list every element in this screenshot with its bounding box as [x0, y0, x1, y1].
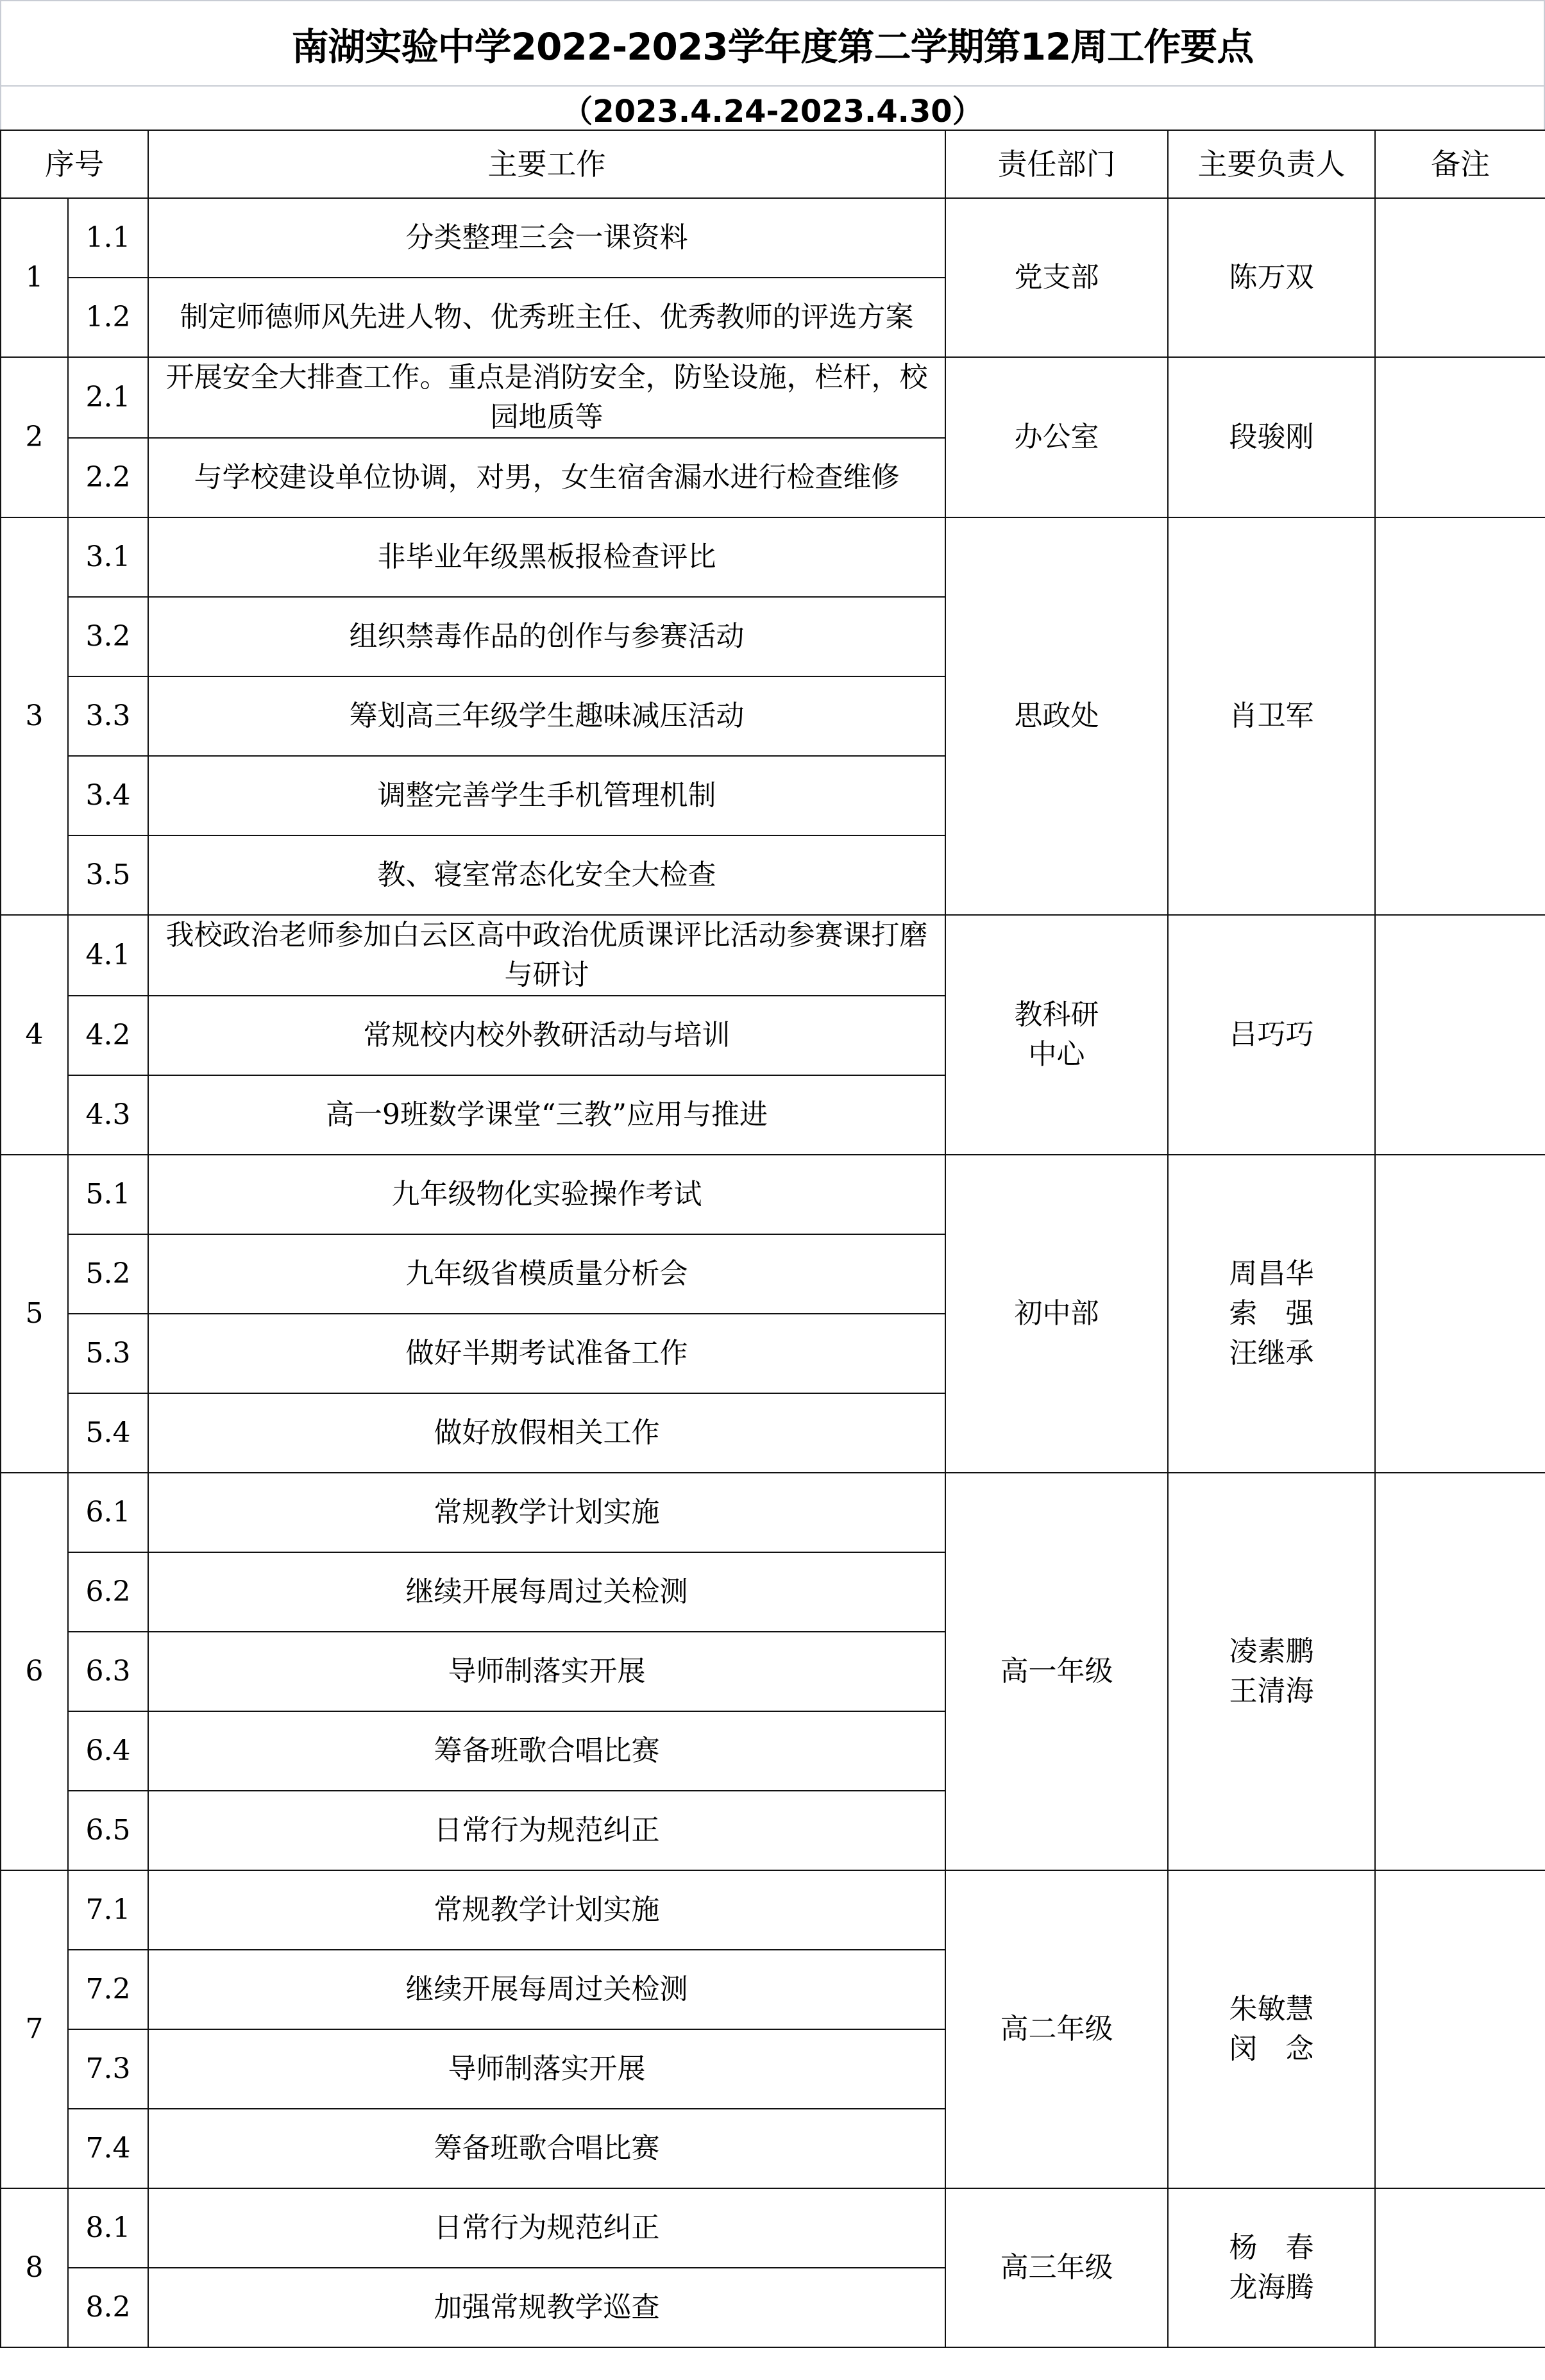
task-description: 常规教学计划实施 [148, 1870, 945, 1950]
responsible-department: 思政处 [945, 517, 1168, 915]
task-description: 高一9班数学课堂“三教”应用与推进 [148, 1075, 945, 1155]
task-description: 日常行为规范纠正 [148, 1791, 945, 1870]
item-number: 7.2 [68, 1950, 148, 2029]
table-row: 77.1常规教学计划实施高二年级朱敏慧闵 念 [1, 1870, 1545, 1950]
item-number: 7.1 [68, 1870, 148, 1950]
task-description: 筹备班歌合唱比赛 [148, 2109, 945, 2188]
task-description: 教、寝室常态化安全大检查 [148, 835, 945, 915]
table-row: 44.1我校政治老师参加白云区高中政治优质课评比活动参赛课打磨与研讨教科研中心吕… [1, 915, 1545, 996]
responsible-department: 高三年级 [945, 2188, 1168, 2347]
table-body: 11.1分类整理三会一课资料党支部陈万双1.2制定师德师风先进人物、优秀班主任、… [1, 198, 1545, 2347]
person-name: 吕巧巧 [1178, 1015, 1365, 1055]
responsible-department: 高一年级 [945, 1473, 1168, 1870]
item-number: 6.2 [68, 1552, 148, 1632]
responsible-persons: 朱敏慧闵 念 [1168, 1870, 1375, 2188]
task-description: 制定师德师风先进人物、优秀班主任、优秀教师的评选方案 [148, 278, 945, 357]
remarks-cell [1375, 198, 1545, 357]
person-name: 朱敏慧 [1178, 1990, 1365, 2029]
item-number: 3.2 [68, 597, 148, 676]
item-number: 5.2 [68, 1234, 148, 1314]
item-number: 1.1 [68, 198, 148, 278]
item-number: 5.1 [68, 1155, 148, 1234]
group-number: 6 [1, 1473, 68, 1870]
group-number: 8 [1, 2188, 68, 2347]
header-owner: 主要负责人 [1168, 130, 1375, 198]
responsible-persons: 吕巧巧 [1168, 915, 1375, 1155]
responsible-department: 初中部 [945, 1155, 1168, 1473]
table-row: 55.1九年级物化实验操作考试初中部周昌华索 强汪继承 [1, 1155, 1545, 1234]
header-remarks: 备注 [1375, 130, 1545, 198]
item-number: 6.5 [68, 1791, 148, 1870]
item-number: 6.3 [68, 1632, 148, 1711]
item-number: 2.2 [68, 438, 148, 517]
task-description: 分类整理三会一课资料 [148, 198, 945, 278]
task-description: 筹备班歌合唱比赛 [148, 1711, 945, 1791]
task-description: 九年级省模质量分析会 [148, 1234, 945, 1314]
group-number: 4 [1, 915, 68, 1155]
item-number: 7.3 [68, 2029, 148, 2109]
task-description: 导师制落实开展 [148, 1632, 945, 1711]
responsible-department: 办公室 [945, 357, 1168, 517]
task-description: 九年级物化实验操作考试 [148, 1155, 945, 1234]
task-description: 常规校内校外教研活动与培训 [148, 996, 945, 1075]
table-row: 66.1常规教学计划实施高一年级凌素鹏王清海 [1, 1473, 1545, 1552]
item-number: 5.4 [68, 1393, 148, 1473]
responsible-department: 党支部 [945, 198, 1168, 357]
item-number: 8.1 [68, 2188, 148, 2268]
person-name: 凌素鹏 [1178, 1632, 1365, 1672]
group-number: 5 [1, 1155, 68, 1473]
item-number: 8.2 [68, 2268, 148, 2347]
item-number: 4.3 [68, 1075, 148, 1155]
task-description: 日常行为规范纠正 [148, 2188, 945, 2268]
table-row: 22.1开展安全大排查工作。重点是消防安全，防坠设施，栏杆，校园地质等办公室段骏… [1, 357, 1545, 438]
work-plan-table: 序号 主要工作 责任部门 主要负责人 备注 11.1分类整理三会一课资料党支部陈… [0, 130, 1545, 2348]
task-description: 我校政治老师参加白云区高中政治优质课评比活动参赛课打磨与研讨 [148, 915, 945, 996]
responsible-persons: 段骏刚 [1168, 357, 1375, 517]
item-number: 1.2 [68, 278, 148, 357]
task-description: 非毕业年级黑板报检查评比 [148, 517, 945, 597]
item-number: 4.2 [68, 996, 148, 1075]
person-name: 汪继承 [1178, 1334, 1365, 1373]
document-title: 南湖实验中学2022-2023学年度第二学期第12周工作要点 [0, 1, 1545, 87]
person-name: 龙海腾 [1178, 2268, 1365, 2308]
task-description: 做好半期考试准备工作 [148, 1314, 945, 1393]
task-description: 导师制落实开展 [148, 2029, 945, 2109]
responsible-persons: 凌素鹏王清海 [1168, 1473, 1375, 1870]
table-row: 88.1日常行为规范纠正高三年级杨 春龙海腾 [1, 2188, 1545, 2268]
item-number: 6.1 [68, 1473, 148, 1552]
person-name: 闵 念 [1178, 2029, 1365, 2069]
header-work: 主要工作 [148, 130, 945, 198]
remarks-cell [1375, 517, 1545, 915]
table-header-row: 序号 主要工作 责任部门 主要负责人 备注 [1, 130, 1545, 198]
person-name: 索 强 [1178, 1294, 1365, 1334]
responsible-persons: 杨 春龙海腾 [1168, 2188, 1375, 2347]
item-number: 3.3 [68, 676, 148, 756]
header-seq: 序号 [1, 130, 148, 198]
responsible-persons: 陈万双 [1168, 198, 1375, 357]
item-number: 3.1 [68, 517, 148, 597]
table-row: 33.1非毕业年级黑板报检查评比思政处肖卫军 [1, 517, 1545, 597]
person-name: 王清海 [1178, 1672, 1365, 1711]
item-number: 7.4 [68, 2109, 148, 2188]
remarks-cell [1375, 915, 1545, 1155]
table-row: 11.1分类整理三会一课资料党支部陈万双 [1, 198, 1545, 278]
person-name: 周昌华 [1178, 1254, 1365, 1294]
group-number: 2 [1, 357, 68, 517]
task-description: 继续开展每周过关检测 [148, 1950, 945, 2029]
responsible-persons: 周昌华索 强汪继承 [1168, 1155, 1375, 1473]
item-number: 2.1 [68, 357, 148, 438]
remarks-cell [1375, 1473, 1545, 1870]
task-description: 做好放假相关工作 [148, 1393, 945, 1473]
remarks-cell [1375, 1155, 1545, 1473]
task-description: 筹划高三年级学生趣味减压活动 [148, 676, 945, 756]
remarks-cell [1375, 357, 1545, 517]
item-number: 3.4 [68, 756, 148, 835]
task-description: 调整完善学生手机管理机制 [148, 756, 945, 835]
responsible-department: 教科研中心 [945, 915, 1168, 1155]
task-description: 与学校建设单位协调，对男，女生宿舍漏水进行检查维修 [148, 438, 945, 517]
department-line: 教科研 [955, 995, 1158, 1035]
header-department: 责任部门 [945, 130, 1168, 198]
person-name: 陈万双 [1178, 258, 1365, 297]
document-header: 南湖实验中学2022-2023学年度第二学期第12周工作要点 （2023.4.2… [0, 0, 1545, 130]
responsible-department: 高二年级 [945, 1870, 1168, 2188]
department-line: 中心 [955, 1035, 1158, 1075]
person-name: 杨 春 [1178, 2228, 1365, 2268]
date-range: （2023.4.24-2023.4.30） [0, 87, 1545, 131]
task-description: 加强常规教学巡查 [148, 2268, 945, 2347]
item-number: 4.1 [68, 915, 148, 996]
group-number: 3 [1, 517, 68, 915]
remarks-cell [1375, 2188, 1545, 2347]
item-number: 6.4 [68, 1711, 148, 1791]
item-number: 5.3 [68, 1314, 148, 1393]
task-description: 开展安全大排查工作。重点是消防安全，防坠设施，栏杆，校园地质等 [148, 357, 945, 438]
task-description: 继续开展每周过关检测 [148, 1552, 945, 1632]
responsible-persons: 肖卫军 [1168, 517, 1375, 915]
task-description: 常规教学计划实施 [148, 1473, 945, 1552]
remarks-cell [1375, 1870, 1545, 2188]
task-description: 组织禁毒作品的创作与参赛活动 [148, 597, 945, 676]
person-name: 段骏刚 [1178, 417, 1365, 457]
item-number: 3.5 [68, 835, 148, 915]
group-number: 1 [1, 198, 68, 357]
group-number: 7 [1, 1870, 68, 2188]
person-name: 肖卫军 [1178, 696, 1365, 736]
